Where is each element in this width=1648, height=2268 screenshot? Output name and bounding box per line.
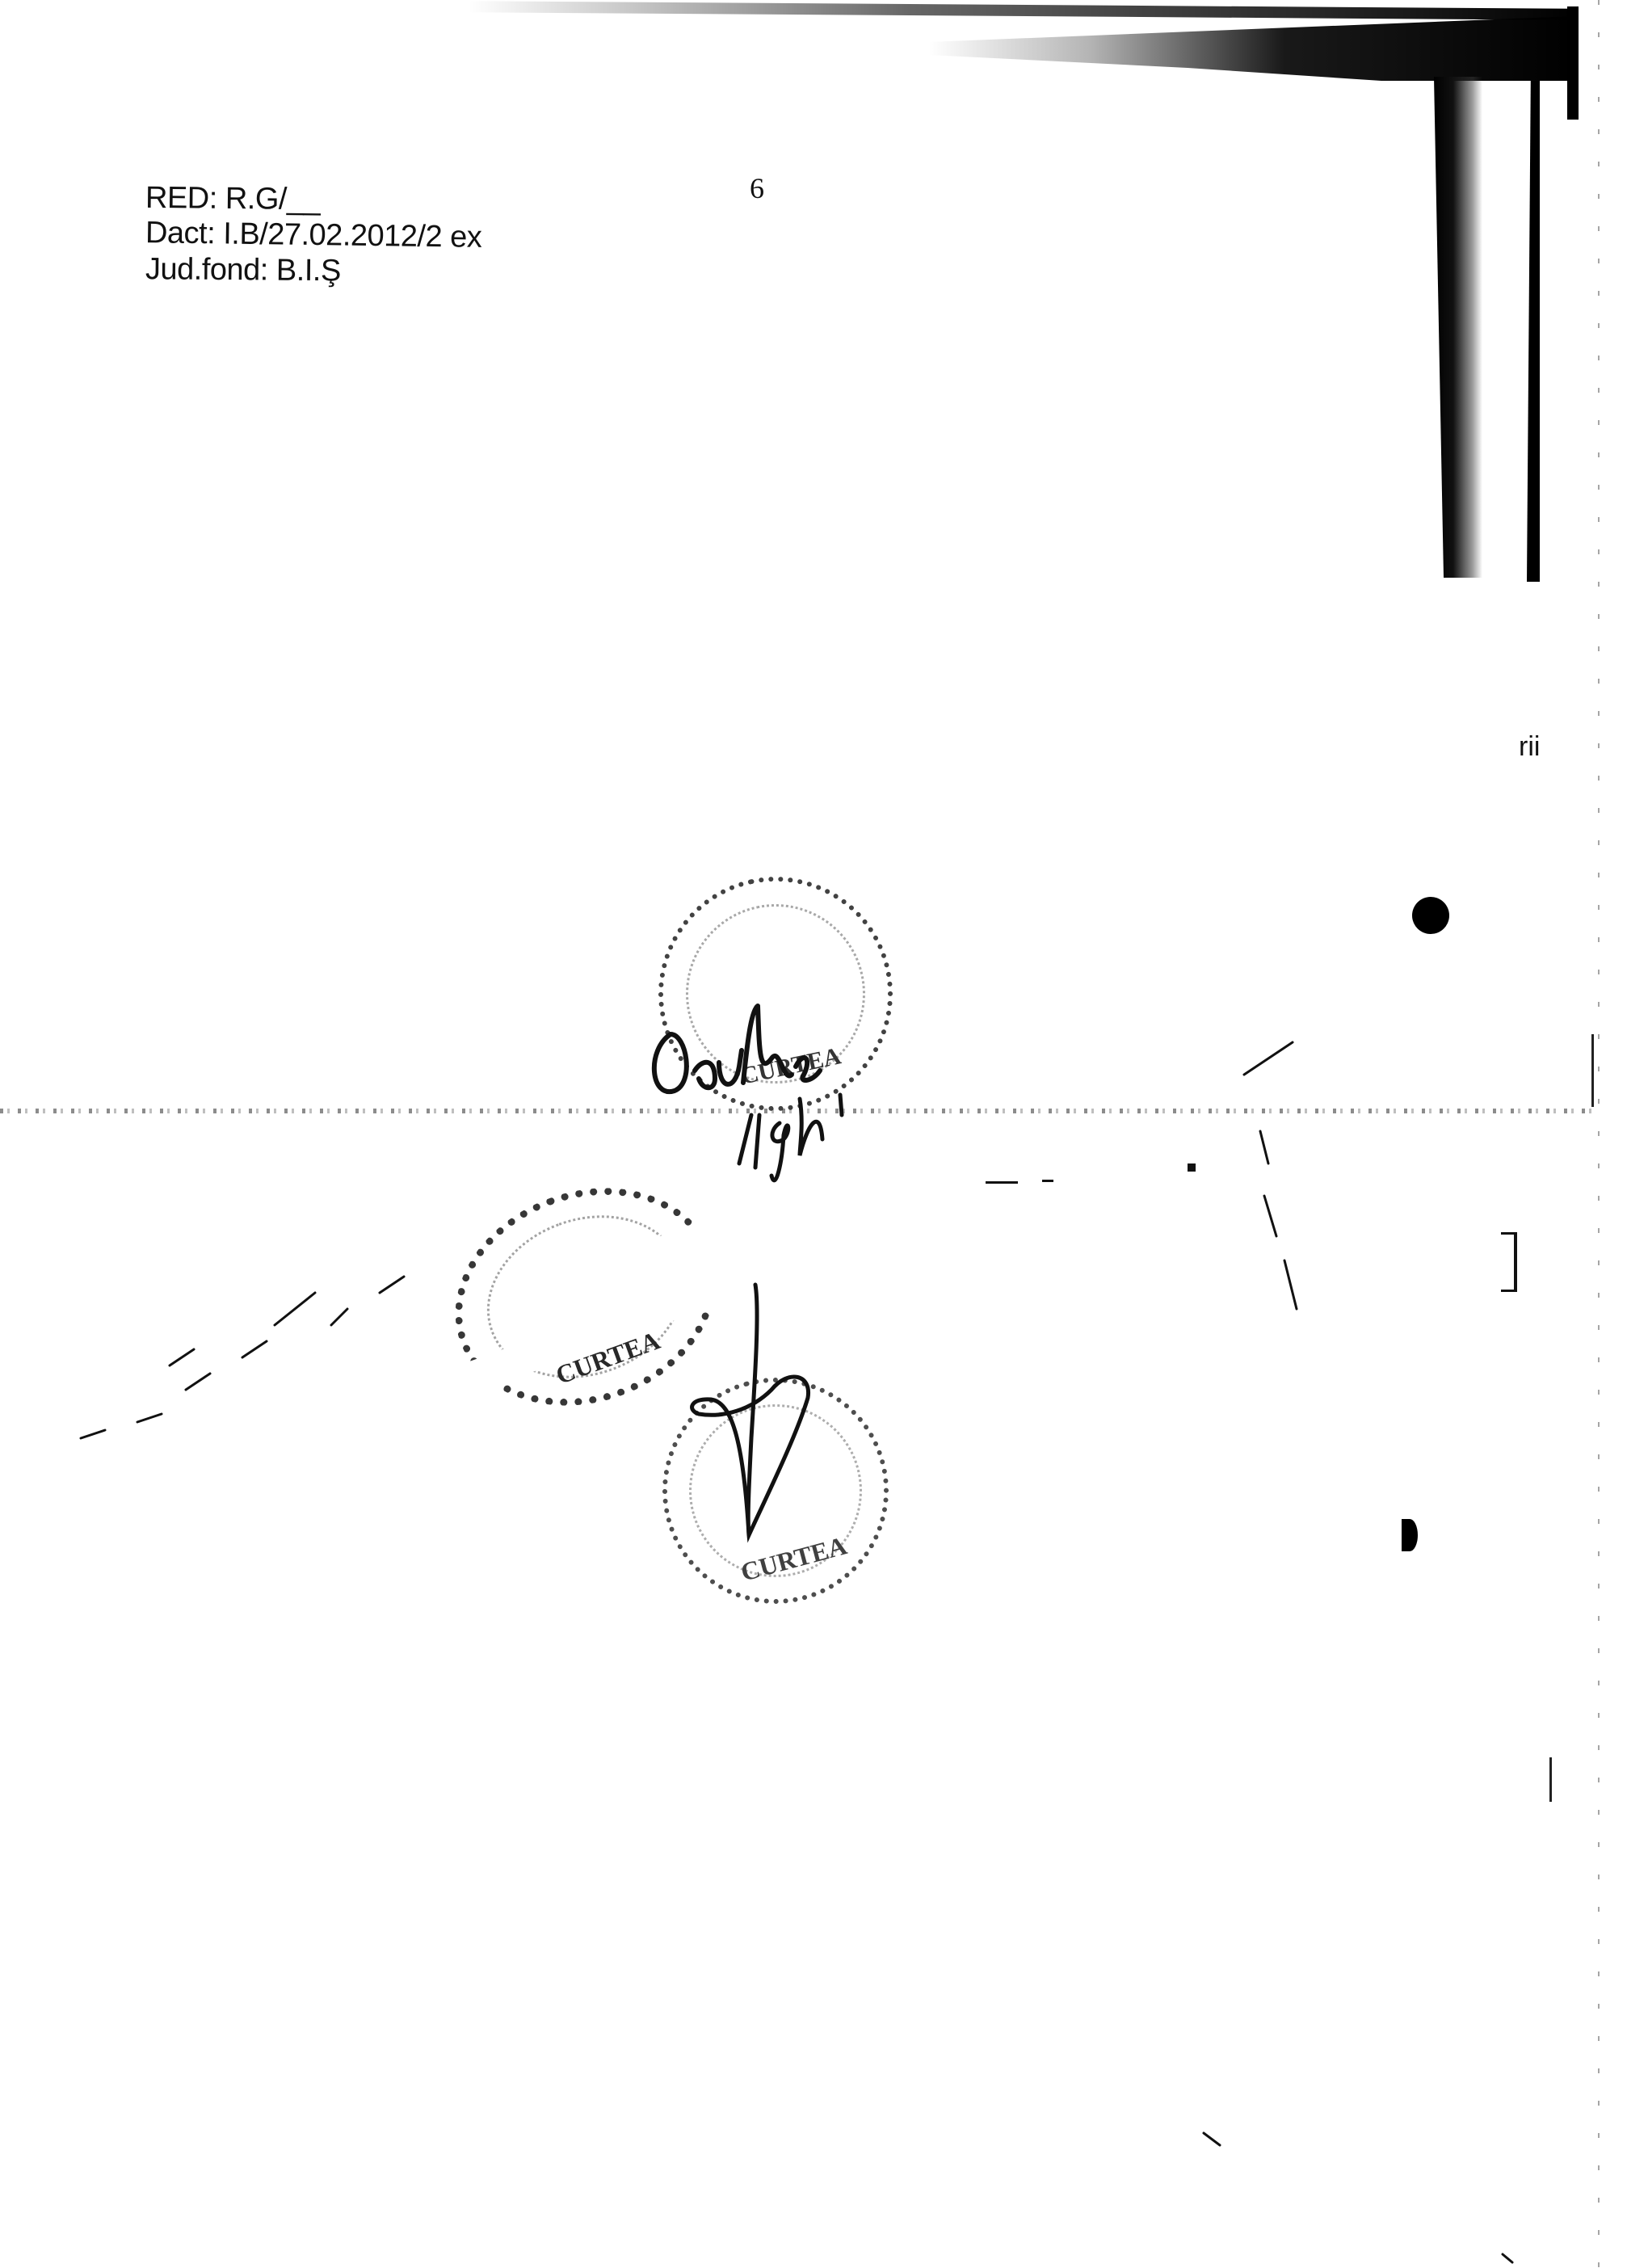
- scan-artifact-right-shadow: [1434, 77, 1482, 578]
- page-number: 6: [750, 171, 764, 205]
- scan-artifact-right-edge: [1598, 0, 1600, 2268]
- signature-icon: [638, 1002, 929, 1196]
- dash-mark: [986, 1181, 1018, 1184]
- handwritten-signature-and-date: [638, 1002, 929, 1196]
- scan-artifact-top-bar: [929, 16, 1575, 81]
- dot-mark: [1188, 1163, 1196, 1172]
- bracket-mark: [1501, 1232, 1517, 1292]
- vertical-mark: [1591, 1034, 1594, 1107]
- handwritten-signature-2: [675, 1277, 885, 1592]
- typist-line: Dact: I.B/27.02.2012/2 ex: [145, 215, 482, 255]
- scan-artifact-corner: [1567, 6, 1579, 120]
- scanned-page: RED: R.G/__ Dact: I.B/27.02.2012/2 ex Ju…: [0, 0, 1648, 2268]
- dash-mark: [1042, 1180, 1053, 1182]
- signature-icon: [675, 1277, 885, 1592]
- margin-text-fragment: rii: [1519, 731, 1540, 763]
- ink-blot: [1412, 897, 1449, 934]
- ink-mark: [1402, 1519, 1418, 1551]
- editor-info-block: RED: R.G/__ Dact: I.B/27.02.2012/2 ex Ju…: [145, 182, 481, 288]
- editor-line: RED: R.G/__: [145, 180, 482, 219]
- scan-artifact-top-line: [469, 1, 1575, 20]
- trial-judge-line: Jud.fond: B.I.Ş: [145, 251, 482, 290]
- vertical-mark: [1549, 1757, 1552, 1802]
- scan-artifact-right-bar: [1527, 81, 1540, 582]
